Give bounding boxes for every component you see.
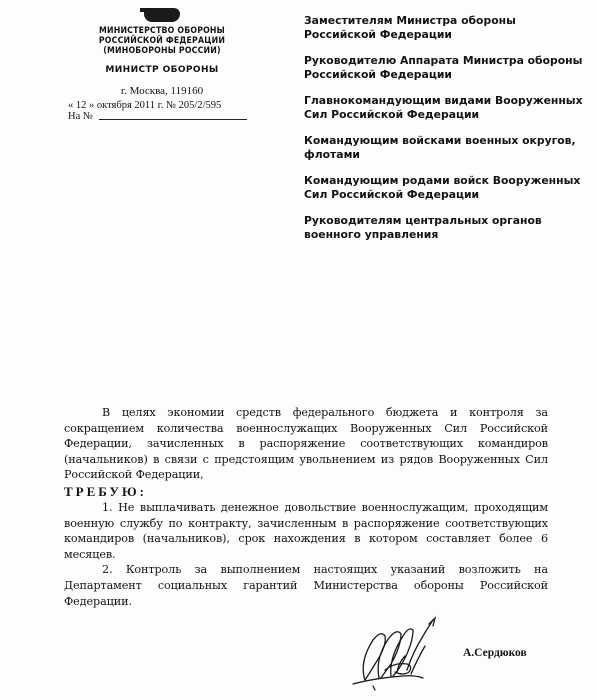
ministry-name-line: МИНИСТЕРСТВО ОБОРОНЫ [70, 26, 254, 36]
signature-icon [345, 612, 455, 692]
reference-prefix: На № [68, 111, 93, 122]
order-body: В целях экономии средств федерального бю… [64, 405, 548, 609]
demand-heading: ТРЕБУЮ: [64, 484, 548, 500]
addressee: Главнокомандующим видами Вооруженных Сил… [304, 94, 589, 122]
order-item: 2. Контроль за выполнением настоящих ука… [64, 562, 548, 609]
letterhead: МИНИСТЕРСТВО ОБОРОНЫ РОССИЙСКОЙ ФЕДЕРАЦИ… [62, 0, 262, 122]
addressee: Заместителям Министра обороны Российской… [304, 14, 589, 42]
state-emblem-icon [144, 8, 180, 22]
addressee: Командующим войсками военных округов, фл… [304, 134, 589, 162]
order-item: 1. Не выплачивать денежное довольствие в… [64, 500, 548, 562]
minister-title: МИНИСТР ОБОРОНЫ [62, 65, 262, 75]
addressee: Руководителю Аппарата Министра обороны Р… [304, 54, 589, 82]
ministry-name-line: (МИНОБОРОНЫ РОССИИ) [70, 46, 254, 56]
ministry-name-line: РОССИЙСКОЙ ФЕДЕРАЦИИ [70, 36, 254, 46]
city-postcode: г. Москва, 119160 [62, 85, 262, 97]
signer-name: А.Сердюков [463, 647, 527, 659]
reference-blank [99, 119, 247, 120]
document-page: МИНИСТЕРСТВО ОБОРОНЫ РОССИЙСКОЙ ФЕДЕРАЦИ… [0, 0, 597, 700]
addressee: Руководителям центральных органов военно… [304, 214, 589, 242]
reference-line: На № [62, 111, 262, 122]
addressee: Командующим родами войск Вооруженных Сил… [304, 174, 589, 202]
date-and-number: « 12 » октября 2011 г. № 205/2/595 [62, 100, 262, 111]
addressee-list: Заместителям Министра обороны Российской… [304, 14, 589, 254]
preamble-paragraph: В целях экономии средств федерального бю… [64, 405, 548, 483]
